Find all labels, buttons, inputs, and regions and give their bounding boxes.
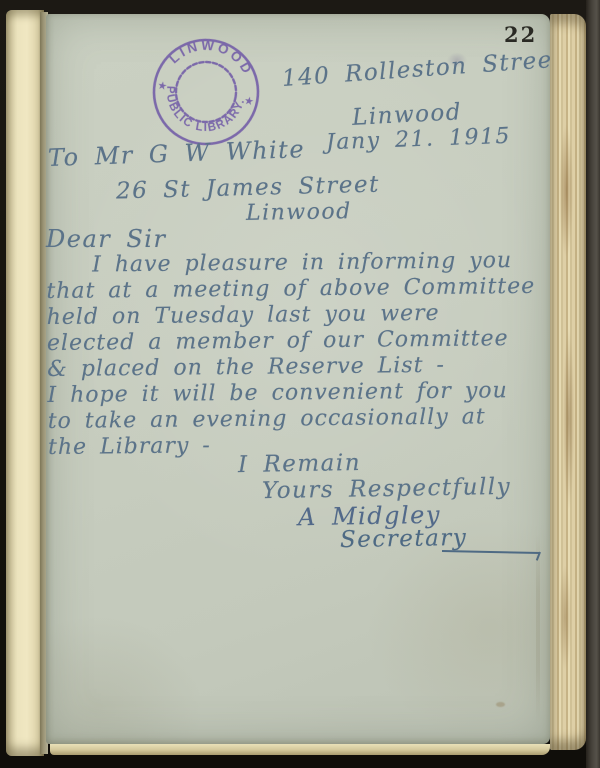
bottom-page-edge bbox=[50, 744, 550, 755]
paper-speck bbox=[496, 702, 505, 707]
closing-line-2: Yours Respectfully bbox=[262, 474, 512, 504]
body-line: elected a member of our Committee bbox=[47, 326, 550, 357]
stamp-top-text: LINWOOD bbox=[165, 30, 261, 80]
recipient-name: To Mr G W White bbox=[48, 135, 306, 172]
salutation: Dear Sir bbox=[46, 225, 166, 253]
left-page-edge bbox=[6, 10, 44, 756]
letter-body: I have pleasure in informing you that at… bbox=[46, 248, 551, 461]
stamp-bottom-text: PUBLIC LIBRARY. bbox=[157, 84, 247, 141]
sender-address-line-1: 140 Rolleston Street bbox=[281, 46, 564, 92]
page-crease bbox=[536, 534, 540, 724]
signature-underline bbox=[442, 550, 540, 554]
book-scan: 22 LINWOOD PUBLIC LIBRARY. ★ ★ 140 bbox=[0, 0, 600, 768]
letter-page: 22 LINWOOD PUBLIC LIBRARY. ★ ★ 140 bbox=[46, 14, 550, 744]
scan-background-right bbox=[586, 0, 600, 768]
letter-date: Jany 21. 1915 bbox=[326, 124, 512, 155]
closing-line-1: I Remain bbox=[238, 450, 361, 478]
body-line: to take an evening occasionally at bbox=[48, 404, 551, 435]
stamp-star-right-icon: ★ bbox=[243, 94, 255, 109]
signature-title: Secretary bbox=[340, 525, 468, 553]
body-line: that at a meeting of above Committee bbox=[46, 274, 549, 305]
recipient-address-line-2: Linwood bbox=[246, 199, 352, 226]
page-number: 22 bbox=[504, 22, 537, 47]
right-page-edges bbox=[550, 14, 586, 750]
